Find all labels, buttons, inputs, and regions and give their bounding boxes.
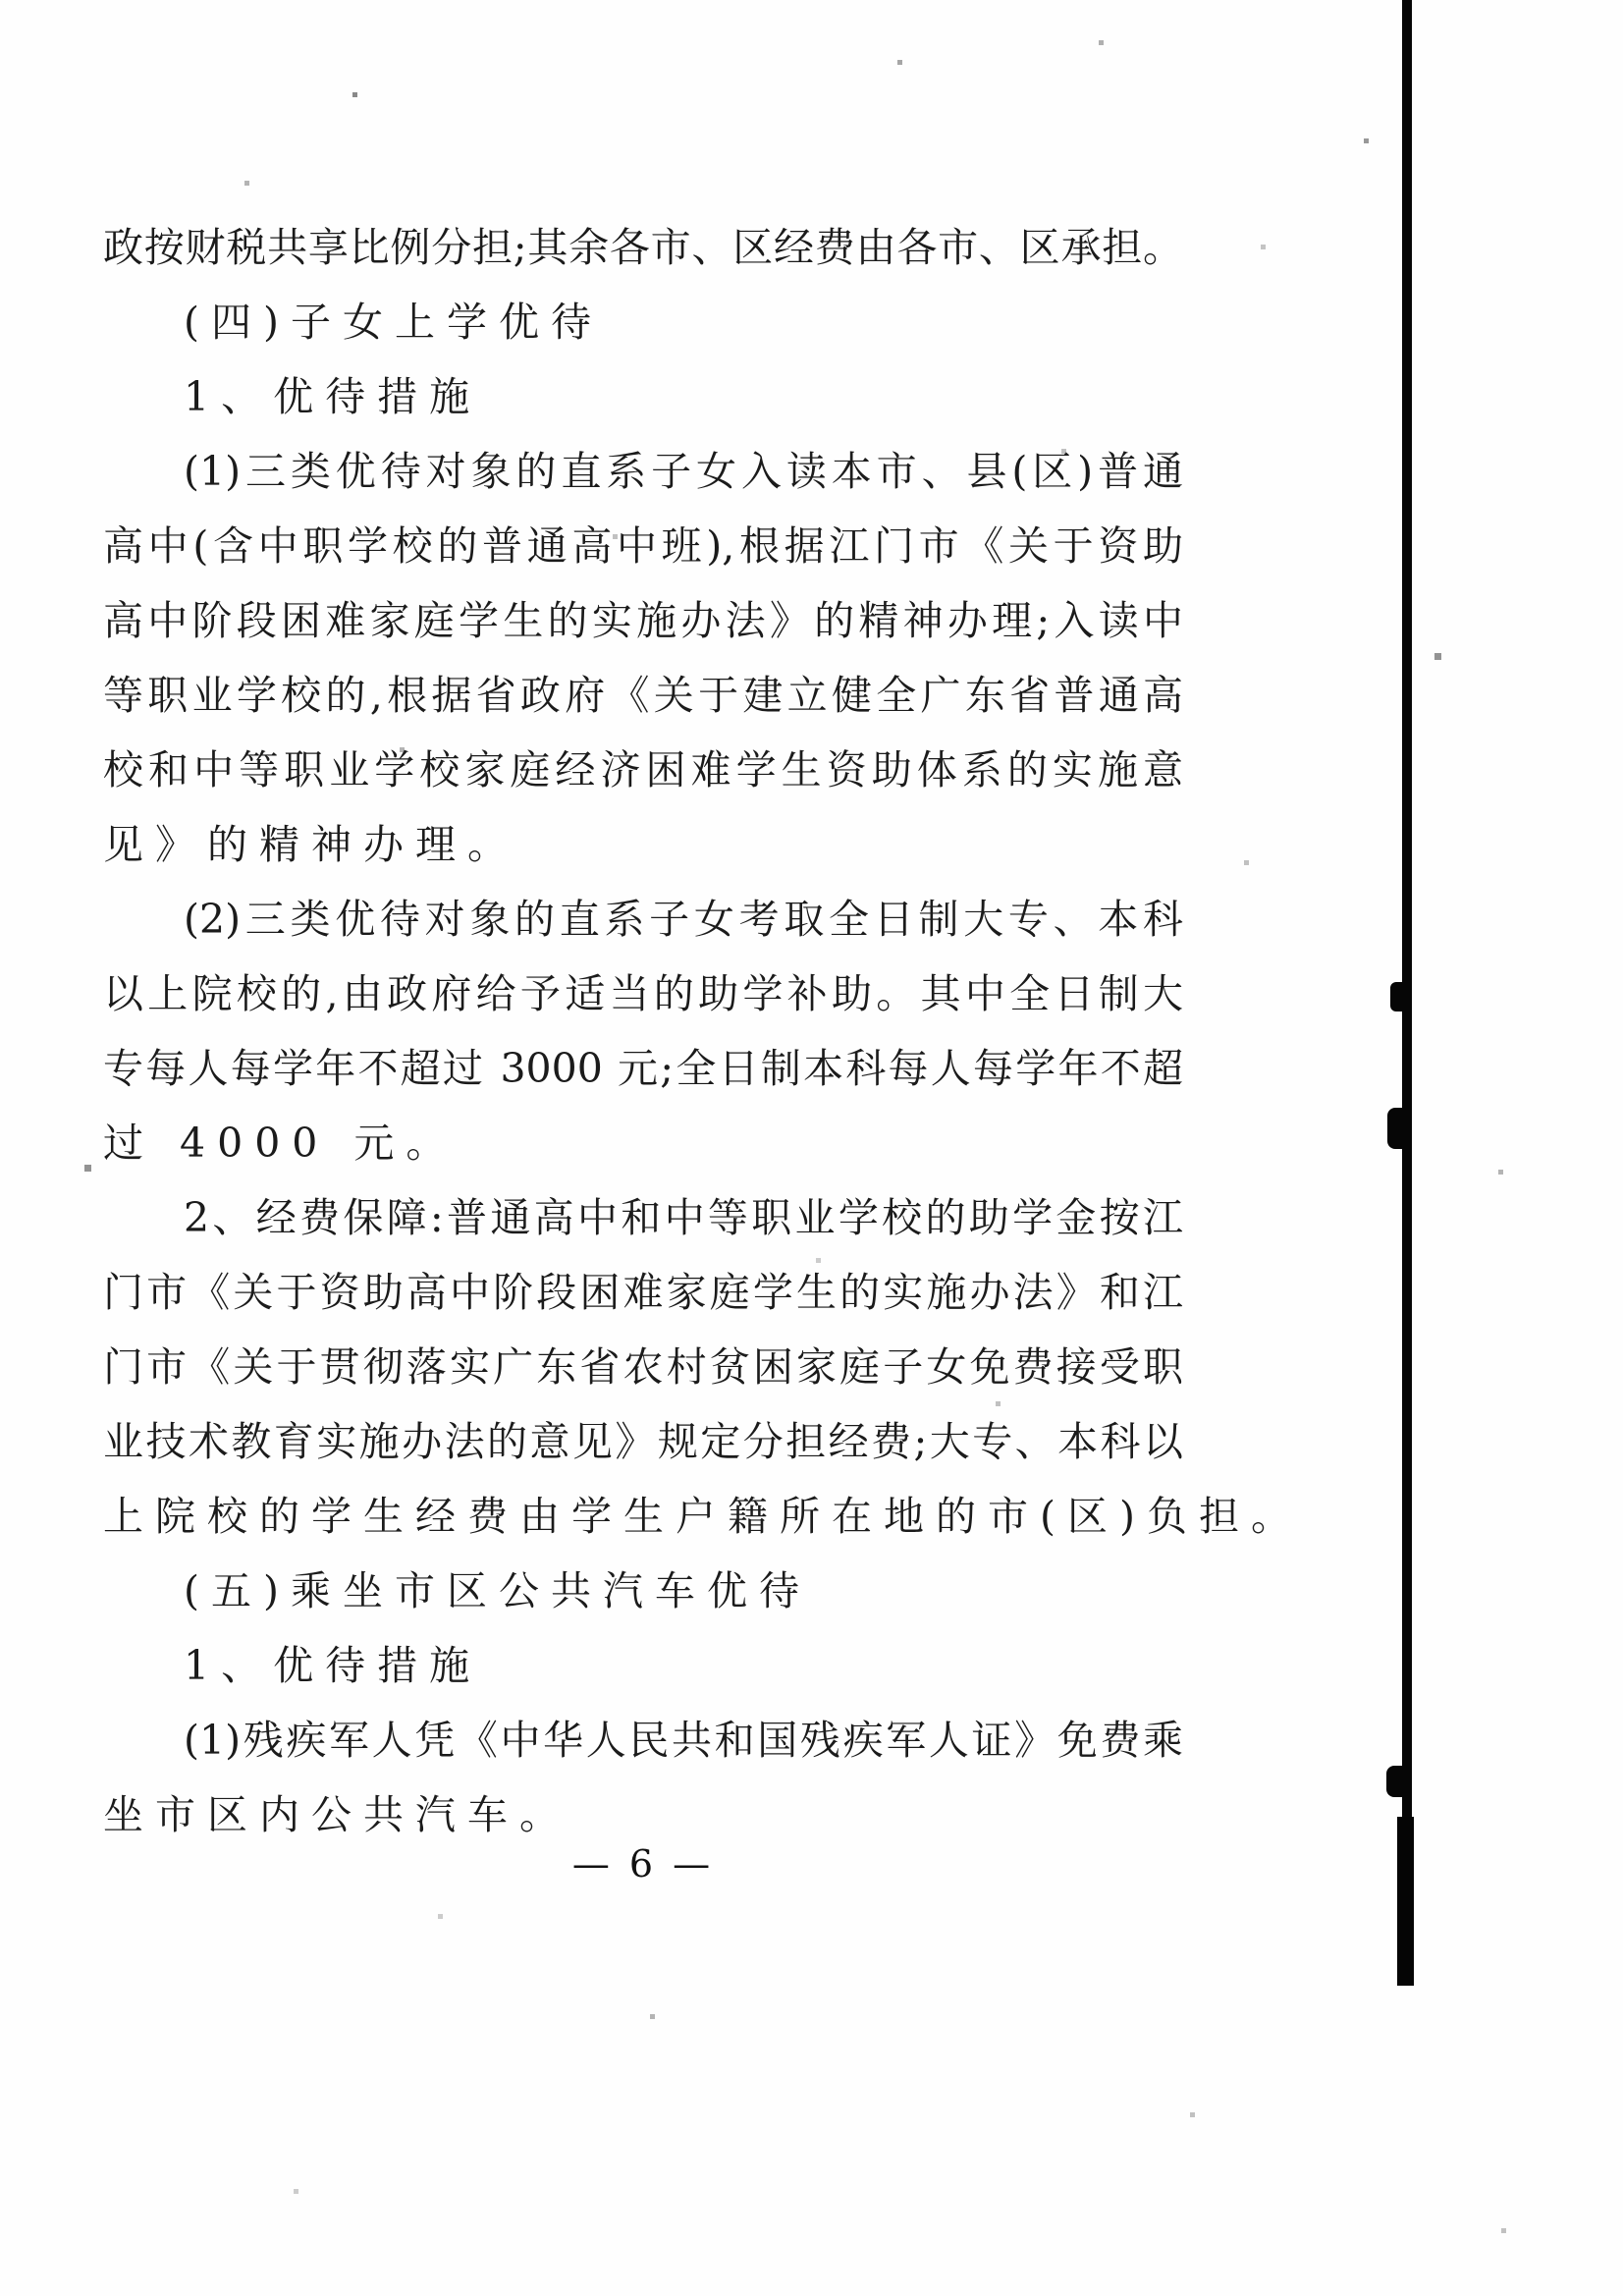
scanned-document-page: { "document": { "lines": [ "政按财税共享比例分担;其… — [0, 0, 1623, 2296]
subsection-heading: 1、优待措施 — [103, 359, 1183, 434]
text-line: 门市《关于贯彻落实广东省农村贫困家庭子女免费接受职 — [103, 1330, 1183, 1404]
subsection-heading: 1、优待措施 — [103, 1628, 1183, 1703]
document-body: 政按财税共享比例分担;其余各市、区经费由各市、区承担。 (四)子女上学优待 1、… — [103, 210, 1183, 1852]
text-line: 门市《关于资助高中阶段困难家庭学生的实施办法》和江 — [103, 1255, 1183, 1330]
scan-artifact-bar-foot — [1397, 1817, 1414, 1986]
text-line: (1)三类优待对象的直系子女入读本市、县(区)普通 — [103, 434, 1183, 509]
text-line: 以上院校的,由政府给予适当的助学补助。其中全日制大 — [103, 957, 1183, 1031]
text-line: (2)三类优待对象的直系子女考取全日制大专、本科 — [103, 882, 1183, 957]
text-line: 等职业学校的,根据省政府《关于建立健全广东省普通高 — [103, 658, 1183, 733]
scan-artifact-bump — [1387, 1108, 1404, 1149]
text-line: 2、经费保障:普通高中和中等职业学校的助学金按江 — [103, 1180, 1183, 1255]
text-line: 高中阶段困难家庭学生的实施办法》的精神办理;入读中 — [103, 583, 1183, 658]
text-line: 坐市区内公共汽车。 — [103, 1777, 1183, 1852]
text-line: (1)残疾军人凭《中华人民共和国残疾军人证》免费乘 — [103, 1703, 1183, 1777]
text-line: 政按财税共享比例分担;其余各市、区经费由各市、区承担。 — [103, 210, 1183, 285]
text-line: 过 4000 元。 — [103, 1106, 1183, 1180]
text-line: 高中(含中职学校的普通高中班),根据江门市《关于资助 — [103, 509, 1183, 583]
text-line: 上院校的学生经费由学生户籍所在地的市(区)负担。 — [103, 1479, 1183, 1554]
scan-noise — [0, 0, 3, 3]
scan-artifact-bump — [1386, 1766, 1404, 1797]
section-heading: (五)乘坐市区公共汽车优待 — [103, 1554, 1183, 1628]
text-line: 见》的精神办理。 — [103, 807, 1183, 882]
text-line: 专每人每学年不超过 3000 元;全日制本科每人每学年不超 — [103, 1031, 1183, 1106]
text-line: 业技术教育实施办法的意见》规定分担经费;大专、本科以 — [103, 1404, 1183, 1479]
page-number: — 6 — — [103, 1842, 1183, 1886]
text-line: 校和中等职业学校家庭经济困难学生资助体系的实施意 — [103, 733, 1183, 807]
scan-artifact-bump — [1390, 982, 1404, 1011]
section-heading: (四)子女上学优待 — [103, 285, 1183, 359]
